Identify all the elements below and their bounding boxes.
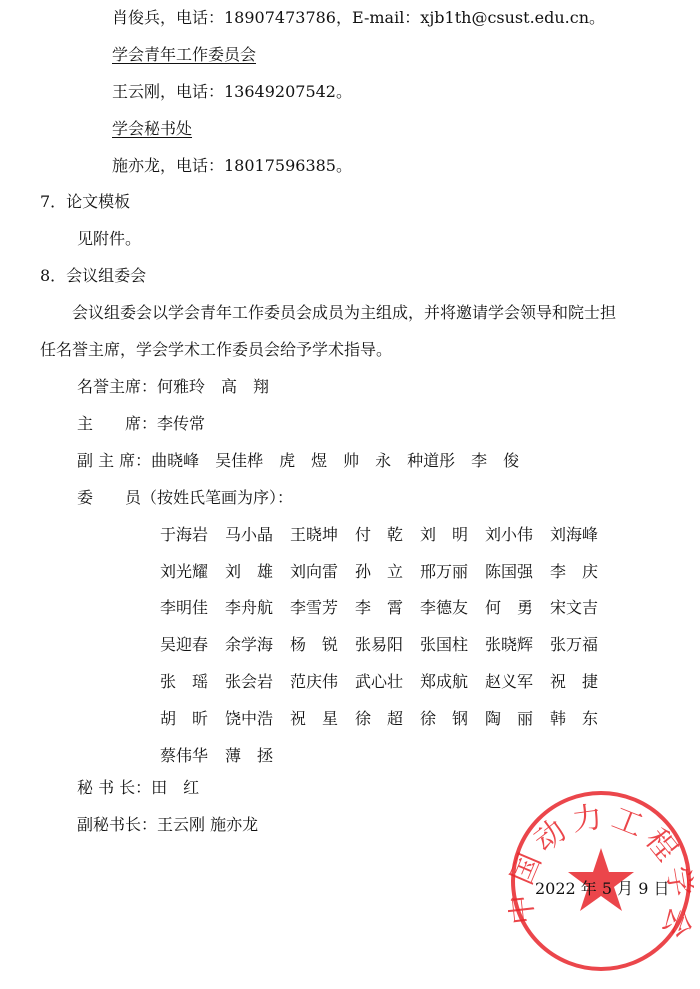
member-name: 徐 超 — [355, 706, 420, 729]
section7-heading: 7．论文模板 — [40, 192, 130, 212]
member-name: 刘 明 — [420, 522, 485, 545]
member-name: 马小晶 — [225, 522, 290, 545]
members-row: 蔡伟华 薄 拯 — [160, 736, 615, 773]
members-row: 于海岩 马小晶 王晓坤 付 乾 刘 明 刘小伟 刘海峰 — [160, 515, 615, 552]
member-name: 杨 锐 — [290, 632, 355, 655]
section8-heading: 8．会议组委会 — [40, 266, 146, 286]
contact-line-wang: 王云刚，电话：13649207542。 — [112, 82, 352, 102]
member-name: 刘小伟 — [485, 522, 550, 545]
section7-body: 见附件。 — [77, 229, 141, 249]
chair: 主 席：李传常 — [77, 414, 205, 434]
members-label: 委 员（按姓氏笔画为序）： — [77, 488, 293, 508]
members-grid: 于海岩 马小晶 王晓坤 付 乾 刘 明 刘小伟 刘海峰 刘光耀 刘 雄 刘向雷 … — [160, 515, 615, 773]
member-name: 李雪芳 — [290, 595, 355, 618]
member-name: 赵义军 — [485, 669, 550, 692]
member-name: 张晓辉 — [485, 632, 550, 655]
member-name: 刘 雄 — [225, 559, 290, 582]
members-row: 张 瑶 张会岩 范庆伟 武心壮 郑成航 赵义军 祝 捷 — [160, 662, 615, 699]
youth-committee-heading: 学会青年工作委员会 — [112, 45, 256, 65]
member-name: 何 勇 — [485, 595, 550, 618]
member-name: 李德友 — [420, 595, 485, 618]
member-name: 薄 拯 — [225, 743, 290, 766]
member-name: 刘向雷 — [290, 559, 355, 582]
member-name: 吴迎春 — [160, 632, 225, 655]
member-name: 胡 昕 — [160, 706, 225, 729]
member-name: 张易阳 — [355, 632, 420, 655]
member-name: 余学海 — [225, 632, 290, 655]
member-name: 李明佳 — [160, 595, 225, 618]
member-name: 武心壮 — [355, 669, 420, 692]
members-row: 胡 昕 饶中浩 祝 星 徐 超 徐 钢 陶 丽 韩 东 — [160, 699, 615, 736]
signature-date: 2022 年 5 月 9 日 — [535, 876, 670, 899]
member-name: 刘海峰 — [550, 522, 615, 545]
member-name: 李 霄 — [355, 595, 420, 618]
deputy-secretary-general: 副秘书长：王云刚 施亦龙 — [77, 815, 258, 835]
section8-paragraph-line1: 会议组委会以学会青年工作委员会成员为主组成，并将邀请学会领导和院士担 — [72, 303, 616, 323]
member-name: 徐 钢 — [420, 706, 485, 729]
member-name: 韩 东 — [550, 706, 615, 729]
member-name: 祝 捷 — [550, 669, 615, 692]
members-row: 李明佳 李舟航 李雪芳 李 霄 李德友 何 勇 宋文吉 — [160, 589, 615, 626]
member-name: 祝 星 — [290, 706, 355, 729]
member-name: 于海岩 — [160, 522, 225, 545]
members-row: 刘光耀 刘 雄 刘向雷 孙 立 邢万丽 陈国强 李 庆 — [160, 552, 615, 589]
member-name: 郑成航 — [420, 669, 485, 692]
member-name: 张会岩 — [225, 669, 290, 692]
member-name: 王晓坤 — [290, 522, 355, 545]
member-name: 张万福 — [550, 632, 615, 655]
member-name: 孙 立 — [355, 559, 420, 582]
vice-chairs: 副 主 席：曲晓峰 吴佳桦 虎 煜 帅 永 种道彤 李 俊 — [77, 451, 519, 471]
member-name: 李舟航 — [225, 595, 290, 618]
secretary-general: 秘 书 长：田 红 — [77, 778, 199, 798]
honorary-chairs: 名誉主席：何雅玲 高 翔 — [77, 377, 269, 397]
member-name: 饶中浩 — [225, 706, 290, 729]
contact-line-xiao: 肖俊兵，电话：18907473786，E-mail：xjb1th@csust.e… — [112, 8, 605, 28]
secretariat-heading: 学会秘书处 — [112, 119, 192, 139]
member-name: 张国柱 — [420, 632, 485, 655]
contact-line-shi: 施亦龙，电话：18017596385。 — [112, 156, 352, 176]
members-row: 吴迎春 余学海 杨 锐 张易阳 张国柱 张晓辉 张万福 — [160, 625, 615, 662]
member-name: 刘光耀 — [160, 559, 225, 582]
member-name: 宋文吉 — [550, 595, 615, 618]
member-name: 蔡伟华 — [160, 743, 225, 766]
member-name: 李 庆 — [550, 559, 615, 582]
member-name: 陶 丽 — [485, 706, 550, 729]
member-name: 陈国强 — [485, 559, 550, 582]
member-name: 付 乾 — [355, 522, 420, 545]
member-name: 邢万丽 — [420, 559, 485, 582]
member-name: 范庆伟 — [290, 669, 355, 692]
section8-paragraph-line2: 任名誉主席，学会学术工作委员会给予学术指导。 — [40, 340, 392, 360]
member-name: 张 瑶 — [160, 669, 225, 692]
